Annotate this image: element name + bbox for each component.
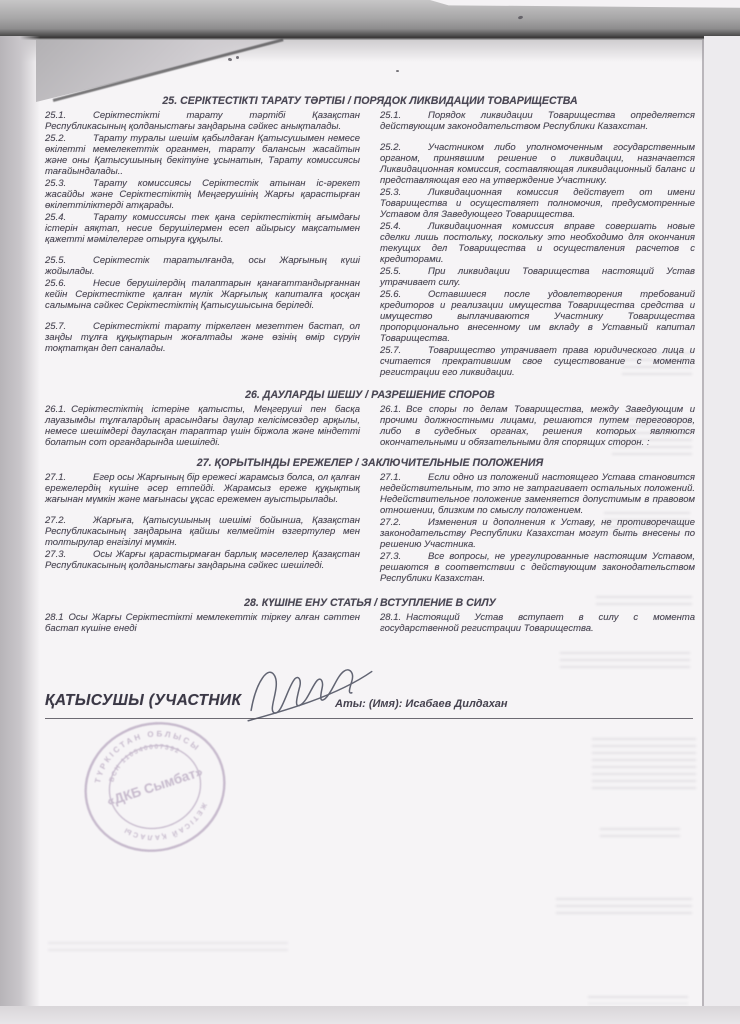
clause-text: При ликвидации Товарищества настоящий Ус… [380, 266, 695, 288]
clause-number: 25.6. [45, 278, 93, 289]
bleed-through-artifact [588, 996, 688, 1004]
clause-text: Тарату комиссиясы тек қана серіктестікті… [45, 212, 360, 245]
clause-25-4-ru: 25.4.Ликвидационная комиссия вправе сове… [380, 221, 695, 265]
clause-text: Товарищество утрачивает права юридическо… [380, 345, 695, 378]
clause-27-1-kk: 27.1.Егер осы Жарғының бір ережесі жарам… [45, 472, 360, 505]
section-27-heading: 27. ҚОРЫТЫНДЫ ЕРЕЖЕЛЕР / ЗАКЛЮЧИТЕЛЬНЫЕ … [45, 457, 695, 470]
clause-text: Серіктестікті тарату тіркелген мезеттен … [45, 321, 360, 354]
scan-speck [396, 70, 399, 72]
clause-text: Жарғыға, Қатысушының шешімі бойынша, Қаз… [45, 515, 360, 548]
clause-25-2-kk: 25.2.Тарату туралы шешім қабылдаған Қаты… [45, 133, 360, 177]
clause-25-4-kk: 25.4.Тарату комиссиясы тек қана серіктес… [45, 212, 360, 245]
clause-number: 25.5. [380, 266, 428, 277]
clause-25-5-ru: 25.5.При ликвидации Товарищества настоящ… [380, 266, 695, 288]
clause-number: 25.7. [45, 321, 93, 332]
clause-text: Все споры по делам Товарищества, между З… [380, 404, 695, 448]
bleed-through-artifact [556, 898, 692, 914]
clause-26-1-kk: 26.1.Серіктестіктің істеріне қатысты, Ме… [45, 404, 360, 448]
handwritten-signature [238, 645, 385, 729]
section-27-russian-column: 27.1.Если одно из положений настоящего У… [380, 472, 695, 585]
clause-text: Если одно из положений настоящего Устава… [380, 472, 695, 516]
clause-27-1-ru: 27.1.Если одно из положений настоящего У… [380, 472, 695, 516]
section-27-final-provisions: 27. ҚОРЫТЫНДЫ ЕРЕЖЕЛЕР / ЗАКЛЮЧИТЕЛЬНЫЕ … [45, 457, 695, 585]
scan-artifact-page-edge [702, 40, 704, 1024]
company-seal-stamp: ТҮРКІСТАН ОБЛЫСЫ БСН 110540007392 ЖЕТІСА… [76, 716, 234, 858]
clause-text: Осы Жарғы Серіктестікті мемлекеттік тірк… [45, 612, 360, 634]
document-content: 25. СЕРІКТЕСТІКТІ ТАРАТУ ТӘРТІБІ / ПОРЯД… [45, 95, 695, 635]
clause-number: 25.5. [45, 255, 93, 266]
clause-number: 27.1. [380, 472, 428, 483]
section-28-russian-column: 28.1.Настоящий Устав вступает в силу с м… [380, 612, 695, 635]
section-25-russian-column: 25.1.Порядок ликвидации Товарищества опр… [380, 110, 695, 379]
clause-text: Тарату туралы шешім қабылдаған Қатысушым… [45, 133, 360, 177]
clause-28-1-ru: 28.1.Настоящий Устав вступает в силу с м… [380, 612, 695, 634]
scan-artifact-right-strip [704, 36, 740, 1024]
clause-27-3-kk: 27.3.Осы Жарғы қарастырмаған барлық мәсе… [45, 549, 360, 571]
clause-number: 27.3. [45, 549, 93, 560]
scanned-document-page: 25. СЕРІКТЕСТІКТІ ТАРАТУ ТӘРТІБІ / ПОРЯД… [0, 0, 740, 1024]
clause-number: 27.1. [45, 472, 93, 483]
section-26-kazakh-column: 26.1.Серіктестіктің істеріне қатысты, Ме… [45, 404, 360, 449]
clause-25-3-ru: 25.3.Ликвидационная комиссия действует о… [380, 187, 695, 220]
section-25-kazakh-column: 25.1.Серіктестікті тарату тәртібі Қазақс… [45, 110, 360, 379]
clause-number: 25.3. [45, 178, 93, 189]
clause-number: 25.2. [45, 133, 93, 144]
clause-number: 27.3. [380, 551, 428, 562]
clause-26-1-ru: 26.1.Все споры по делам Товарищества, ме… [380, 404, 695, 448]
clause-number: 25.1. [45, 110, 93, 121]
clause-number: 25.6. [380, 289, 428, 300]
clause-text: Оставшиеся после удовлетворения требован… [380, 289, 695, 344]
clause-text: Ликвидационная комиссия действует от име… [380, 187, 695, 220]
clause-25-7-ru: 25.7.Товарищество утрачивает права юриди… [380, 345, 695, 378]
clause-25-7-kk: 25.7.Серіктестікті тарату тіркелген мезе… [45, 321, 360, 354]
scan-artifact-bottom-band [0, 1006, 740, 1024]
clause-number: 25.4. [45, 212, 93, 223]
scan-artifact-left-band [0, 36, 40, 1024]
section-25-liquidation: 25. СЕРІКТЕСТІКТІ ТАРАТУ ТӘРТІБІ / ПОРЯД… [45, 95, 695, 379]
clause-25-3-kk: 25.3.Тарату комиссиясы Серіктестік атына… [45, 178, 360, 211]
clause-text: Настоящий Устав вступает в силу с момент… [380, 612, 695, 634]
clause-text: Серіктестік таратылғанда, осы Жарғының к… [45, 255, 360, 277]
section-27-kazakh-column: 27.1.Егер осы Жарғының бір ережесі жарам… [45, 472, 360, 585]
clause-number: 26.1. [380, 404, 401, 415]
clause-25-6-kk: 25.6.Несие берушілердің талаптарын қанағ… [45, 278, 360, 311]
clause-text: Серіктестіктің істеріне қатысты, Меңгеру… [45, 404, 360, 448]
clause-25-2-ru: 25.2.Участником либо уполномоченным госу… [380, 142, 695, 186]
clause-28-1-kk: 28.1Осы Жарғы Серіктестікті мемлекеттік … [45, 612, 360, 634]
section-26-disputes: 26. ДАУЛАРДЫ ШЕШУ / РАЗРЕШЕНИЕ СПОРОВ 26… [45, 389, 695, 449]
clause-text: Осы Жарғы қарастырмаған барлық мәселелер… [45, 549, 360, 571]
clause-text: Несие берушілердің талаптарын қанағаттан… [45, 278, 360, 311]
clause-27-2-kk: 27.2.Жарғыға, Қатысушының шешімі бойынша… [45, 515, 360, 548]
clause-25-5-kk: 25.5.Серіктестік таратылғанда, осы Жарғы… [45, 255, 360, 277]
section-25-heading: 25. СЕРІКТЕСТІКТІ ТАРАТУ ТӘРТІБІ / ПОРЯД… [45, 95, 695, 108]
section-28-heading: 28. КҮШІНЕ ЕНУ СТАТЬЯ / ВСТУПЛЕНИЕ В СИЛ… [45, 597, 695, 610]
clause-number: 25.3. [380, 187, 428, 198]
section-26-russian-column: 26.1.Все споры по делам Товарищества, ме… [380, 404, 695, 449]
clause-number: 26.1. [45, 404, 66, 415]
clause-number: 27.2. [380, 517, 428, 528]
bleed-through-artifact [592, 738, 696, 794]
clause-27-3-ru: 27.3.Все вопросы, не урегулированные нас… [380, 551, 695, 584]
clause-number: 25.2. [380, 142, 428, 153]
scan-speck [236, 56, 239, 59]
clause-number: 27.2. [45, 515, 93, 526]
clause-number: 28.1. [380, 612, 401, 623]
clause-27-2-ru: 27.2.Изменения и дополнения к Уставу, не… [380, 517, 695, 550]
participant-name: Аты: (Имя): Исабаев Дилдахан [335, 698, 507, 710]
clause-25-1-kk: 25.1.Серіктестікті тарату тәртібі Қазақс… [45, 110, 360, 132]
clause-text: Серіктестікті тарату тәртібі Қазақстан Р… [45, 110, 360, 132]
clause-number: 25.4. [380, 221, 428, 232]
clause-text: Тарату комиссиясы Серіктестік атынан іс-… [45, 178, 360, 211]
clause-text: Изменения и дополнения к Уставу, не прот… [380, 517, 695, 550]
participant-label: ҚАТЫСУШЫ (УЧАСТНИК [45, 692, 241, 710]
clause-number: 25.7. [380, 345, 428, 356]
clause-text: Все вопросы, не урегулированные настоящи… [380, 551, 695, 584]
clause-text: Порядок ликвидации Товарищества определя… [380, 110, 695, 132]
bleed-through-artifact [600, 828, 680, 840]
section-28-kazakh-column: 28.1Осы Жарғы Серіктестікті мемлекеттік … [45, 612, 360, 635]
clause-25-1-ru: 25.1.Порядок ликвидации Товарищества опр… [380, 110, 695, 132]
bleed-through-artifact [560, 652, 690, 672]
clause-number: 28.1 [45, 612, 64, 623]
clause-number: 25.1. [380, 110, 428, 121]
clause-text: Участником либо уполномоченным государст… [380, 142, 695, 186]
section-28-entry-into-force: 28. КҮШІНЕ ЕНУ СТАТЬЯ / ВСТУПЛЕНИЕ В СИЛ… [45, 597, 695, 635]
clause-text: Егер осы Жарғының бір ережесі жарамсыз б… [45, 472, 360, 505]
bleed-through-artifact [48, 942, 288, 954]
clause-25-6-ru: 25.6.Оставшиеся после удовлетворения тре… [380, 289, 695, 344]
clause-text: Ликвидационная комиссия вправе совершать… [380, 221, 695, 265]
section-26-heading: 26. ДАУЛАРДЫ ШЕШУ / РАЗРЕШЕНИЕ СПОРОВ [45, 389, 695, 402]
